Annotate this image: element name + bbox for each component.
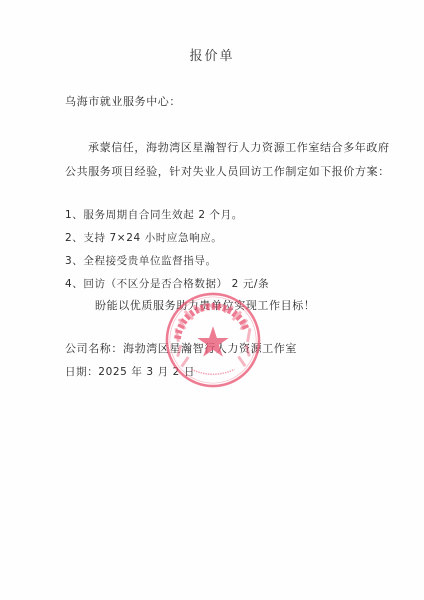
addressee: 乌海市就业服务中心： xyxy=(65,95,181,109)
list-item: 4、回访（不区分是否合格数据） 2 元/条 xyxy=(65,277,269,291)
closing-statement: 盼能以优质服务助力贵单位实现工作目标！ xyxy=(95,299,315,313)
company-name: 公司名称：海勃湾区星瀚智行人力资源工作室 xyxy=(65,342,297,356)
document-title: 报价单 xyxy=(0,50,424,64)
intro-paragraph-line-2: 公共服务项目经验，针对失业人员回访工作制定如下报价方案： xyxy=(65,165,390,179)
list-item: 1、服务周期自合同生效起 2 个月。 xyxy=(65,208,243,222)
document-date: 日期：2025 年 3 月 2 日 xyxy=(65,365,195,379)
list-item: 3、全程接受贵单位监督指导。 xyxy=(65,254,217,268)
document-page: 报价单 乌海市就业服务中心： 承蒙信任，海勃湾区星瀚智行人力资源工作室结合多年政… xyxy=(0,0,424,600)
intro-paragraph-line-1: 承蒙信任，海勃湾区星瀚智行人力资源工作室结合多年政府 xyxy=(88,141,390,155)
list-item: 2、支持 7×24 小时应急响应。 xyxy=(65,231,222,245)
